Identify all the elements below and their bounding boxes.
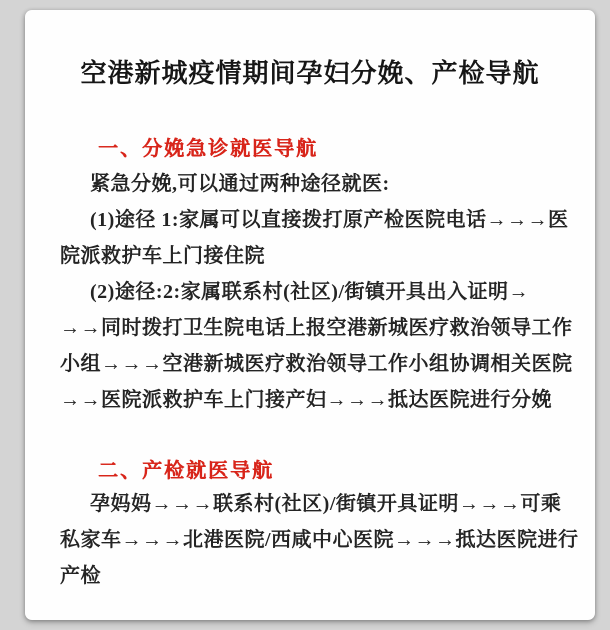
body-line: 孕妈妈→→→联系村(社区)/街镇开具证明→→→可乘 bbox=[60, 486, 560, 522]
body-line: 私家车→→→北港医院/西咸中心医院→→→抵达医院进行 bbox=[60, 522, 560, 558]
body-line: 产检 bbox=[60, 558, 560, 594]
section-2-heading: 二、产检就医导航 bbox=[98, 458, 560, 484]
body-line: (1)途径 1:家属可以直接拨打原产检医院电话→→→医 bbox=[60, 202, 560, 238]
body-line: (2)途径:2:家属联系村(社区)/街镇开具出入证明→ bbox=[60, 274, 560, 310]
body-line: 院派救护车上门接住院 bbox=[60, 238, 560, 274]
body-line: 小组→→→空港新城医疗救治领导工作小组协调相关医院 bbox=[60, 346, 560, 382]
photo-background: 空港新城疫情期间孕妇分娩、产检导航 一、分娩急诊就医导航 紧急分娩,可以通过两种… bbox=[0, 0, 610, 630]
body-line: →→同时拨打卫生院电话上报空港新城医疗救治领导工作 bbox=[60, 310, 560, 346]
body-line: →→医院派救护车上门接产妇→→→抵达医院进行分娩 bbox=[60, 382, 560, 418]
section-1-heading: 一、分娩急诊就医导航 bbox=[98, 136, 560, 162]
document-page: 空港新城疫情期间孕妇分娩、产检导航 一、分娩急诊就医导航 紧急分娩,可以通过两种… bbox=[25, 10, 595, 620]
page-title: 空港新城疫情期间孕妇分娩、产检导航 bbox=[60, 10, 560, 90]
section-1-body: 紧急分娩,可以通过两种途径就医:(1)途径 1:家属可以直接拨打原产检医院电话→… bbox=[60, 166, 560, 418]
body-line: 紧急分娩,可以通过两种途径就医: bbox=[60, 166, 560, 202]
section-2-body: 孕妈妈→→→联系村(社区)/街镇开具证明→→→可乘私家车→→→北港医院/西咸中心… bbox=[60, 486, 560, 594]
